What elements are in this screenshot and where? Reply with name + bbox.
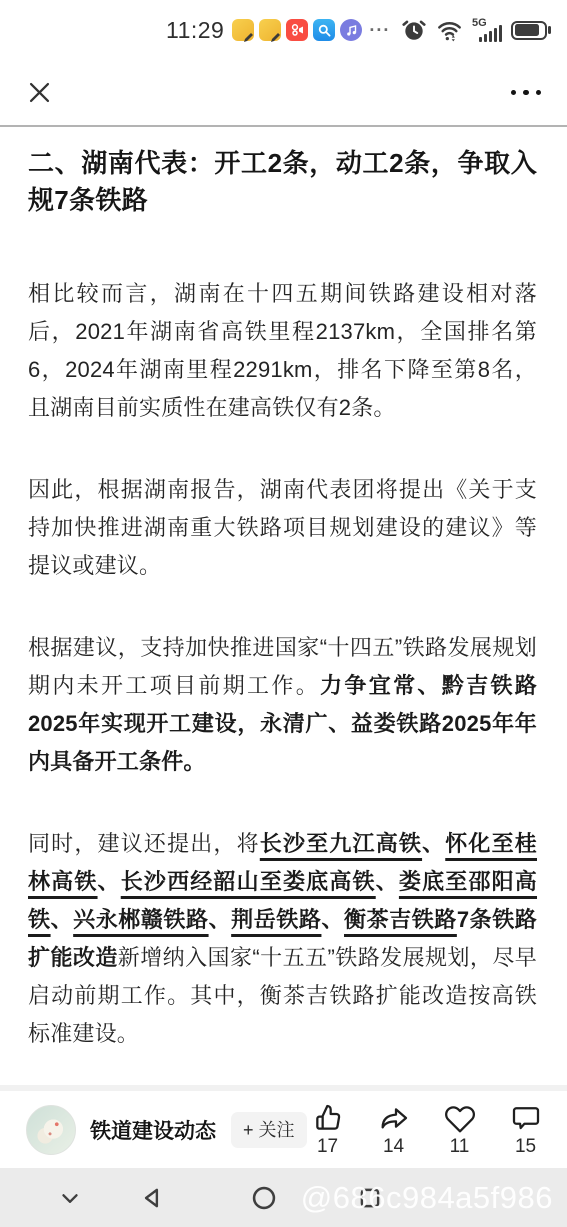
android-nav-bar: @686c984a5f986 [0, 1168, 567, 1227]
battery-icon [511, 21, 547, 40]
text-segment: 相比较而言，湖南在十四五期间铁路建设相对落后，2021年湖南省高铁里程2137k… [28, 281, 537, 420]
railway-link[interactable]: 衡茶吉铁路 [344, 907, 457, 932]
home-circle-icon [250, 1184, 278, 1212]
article-paragraph: 同时，建议还提出，将长沙至九江高铁、怀化至桂林高铁、长沙西经韶山至娄底高铁、娄底… [28, 825, 537, 1053]
comment-button[interactable]: 15 [505, 1102, 547, 1158]
close-icon[interactable] [26, 79, 53, 106]
text-segment: 、 [51, 907, 74, 932]
search-icon [317, 23, 332, 38]
back-button[interactable] [139, 1185, 165, 1211]
share-count: 14 [383, 1136, 404, 1158]
home-button[interactable] [250, 1184, 278, 1212]
music-app-icon [340, 19, 362, 41]
article-paragraph: 相比较而言，湖南在十四五期间铁路建设相对落后，2021年湖南省高铁里程2137k… [28, 275, 537, 427]
back-triangle-icon [139, 1185, 165, 1211]
status-time: 11:29 [166, 17, 224, 44]
author-bar: 铁道建设动态 + 关注 17 14 11 [0, 1085, 567, 1168]
wifi-icon [436, 17, 463, 43]
hide-keyboard-button[interactable] [57, 1185, 83, 1211]
status-bar: 11:29 [0, 0, 567, 60]
like-count: 17 [317, 1136, 338, 1158]
railway-link[interactable]: 兴永郴赣铁路 [73, 907, 208, 932]
avatar[interactable] [26, 1105, 76, 1155]
recents-button[interactable] [357, 1185, 383, 1211]
pencil-icon [242, 29, 255, 42]
share-arrow-icon [378, 1102, 410, 1134]
article-paragraph: 因此，根据湖南报告，湖南代表团将提出《关于支持加快推进湖南重大铁路项目规划建设的… [28, 471, 537, 585]
heart-icon [444, 1102, 476, 1134]
system-status-icons: 5G [401, 17, 547, 44]
note-app-icon [232, 19, 254, 41]
thumbs-up-icon [312, 1102, 344, 1134]
text-segment: 因此，根据湖南报告，湖南代表团将提出《关于支持加快推进湖南重大铁路项目规划建设的… [28, 477, 537, 578]
comment-count: 15 [515, 1136, 536, 1158]
comment-bubble-icon [510, 1102, 542, 1134]
text-segment: 、 [321, 907, 344, 932]
signal-bars-icon [479, 25, 502, 42]
chevron-down-icon [57, 1185, 83, 1211]
notification-overflow: ··· [369, 20, 390, 41]
text-segment: 、 [422, 831, 445, 856]
railway-link[interactable]: 荆岳铁路 [231, 907, 321, 932]
follow-button[interactable]: + 关注 [231, 1112, 307, 1148]
article-paragraph: 根据建议，支持加快推进国家“十四五”铁路发展规划期内未开工项目前期工作。力争宜常… [28, 629, 537, 781]
app-header [0, 60, 567, 127]
more-options-icon[interactable] [511, 90, 542, 96]
text-segment: 同时，建议还提出，将 [28, 831, 260, 856]
note-app-icon-2 [259, 19, 281, 41]
article-paragraphs: 相比较而言，湖南在十四五期间铁路建设相对落后，2021年湖南省高铁里程2137k… [28, 275, 537, 1053]
heart-count: 11 [450, 1136, 470, 1158]
action-buttons: 17 14 11 15 [307, 1102, 547, 1158]
text-segment: 、 [98, 869, 121, 894]
share-button[interactable]: 14 [373, 1102, 415, 1158]
video-app-icon [286, 19, 308, 41]
pencil-icon [269, 29, 282, 42]
railway-link[interactable]: 长沙至九江高铁 [260, 831, 422, 856]
author-name[interactable]: 铁道建设动态 [90, 1115, 216, 1145]
watermark: @686c984a5f986 [301, 1180, 553, 1216]
railway-link[interactable]: 长沙西经韶山至娄底高铁 [121, 869, 376, 894]
cellular-signal-icon: 5G [472, 17, 502, 44]
music-note-icon [345, 24, 358, 37]
article-title: 二、湖南代表：开工2条，动工2条，争取入规7条铁路 [28, 145, 537, 219]
phone-screen: 11:29 [0, 0, 567, 1227]
alarm-clock-icon [401, 17, 427, 43]
text-segment: 、 [209, 907, 232, 932]
search-app-icon [313, 19, 335, 41]
heart-button[interactable]: 11 [439, 1102, 481, 1158]
recents-square-icon [357, 1185, 383, 1211]
like-button[interactable]: 17 [307, 1102, 349, 1158]
text-segment: 、 [376, 869, 399, 894]
article-content: 二、湖南代表：开工2条，动工2条，争取入规7条铁路 相比较而言，湖南在十四五期间… [0, 127, 567, 1085]
video-camera-icon [289, 22, 305, 38]
notification-icons: ··· [232, 19, 390, 41]
